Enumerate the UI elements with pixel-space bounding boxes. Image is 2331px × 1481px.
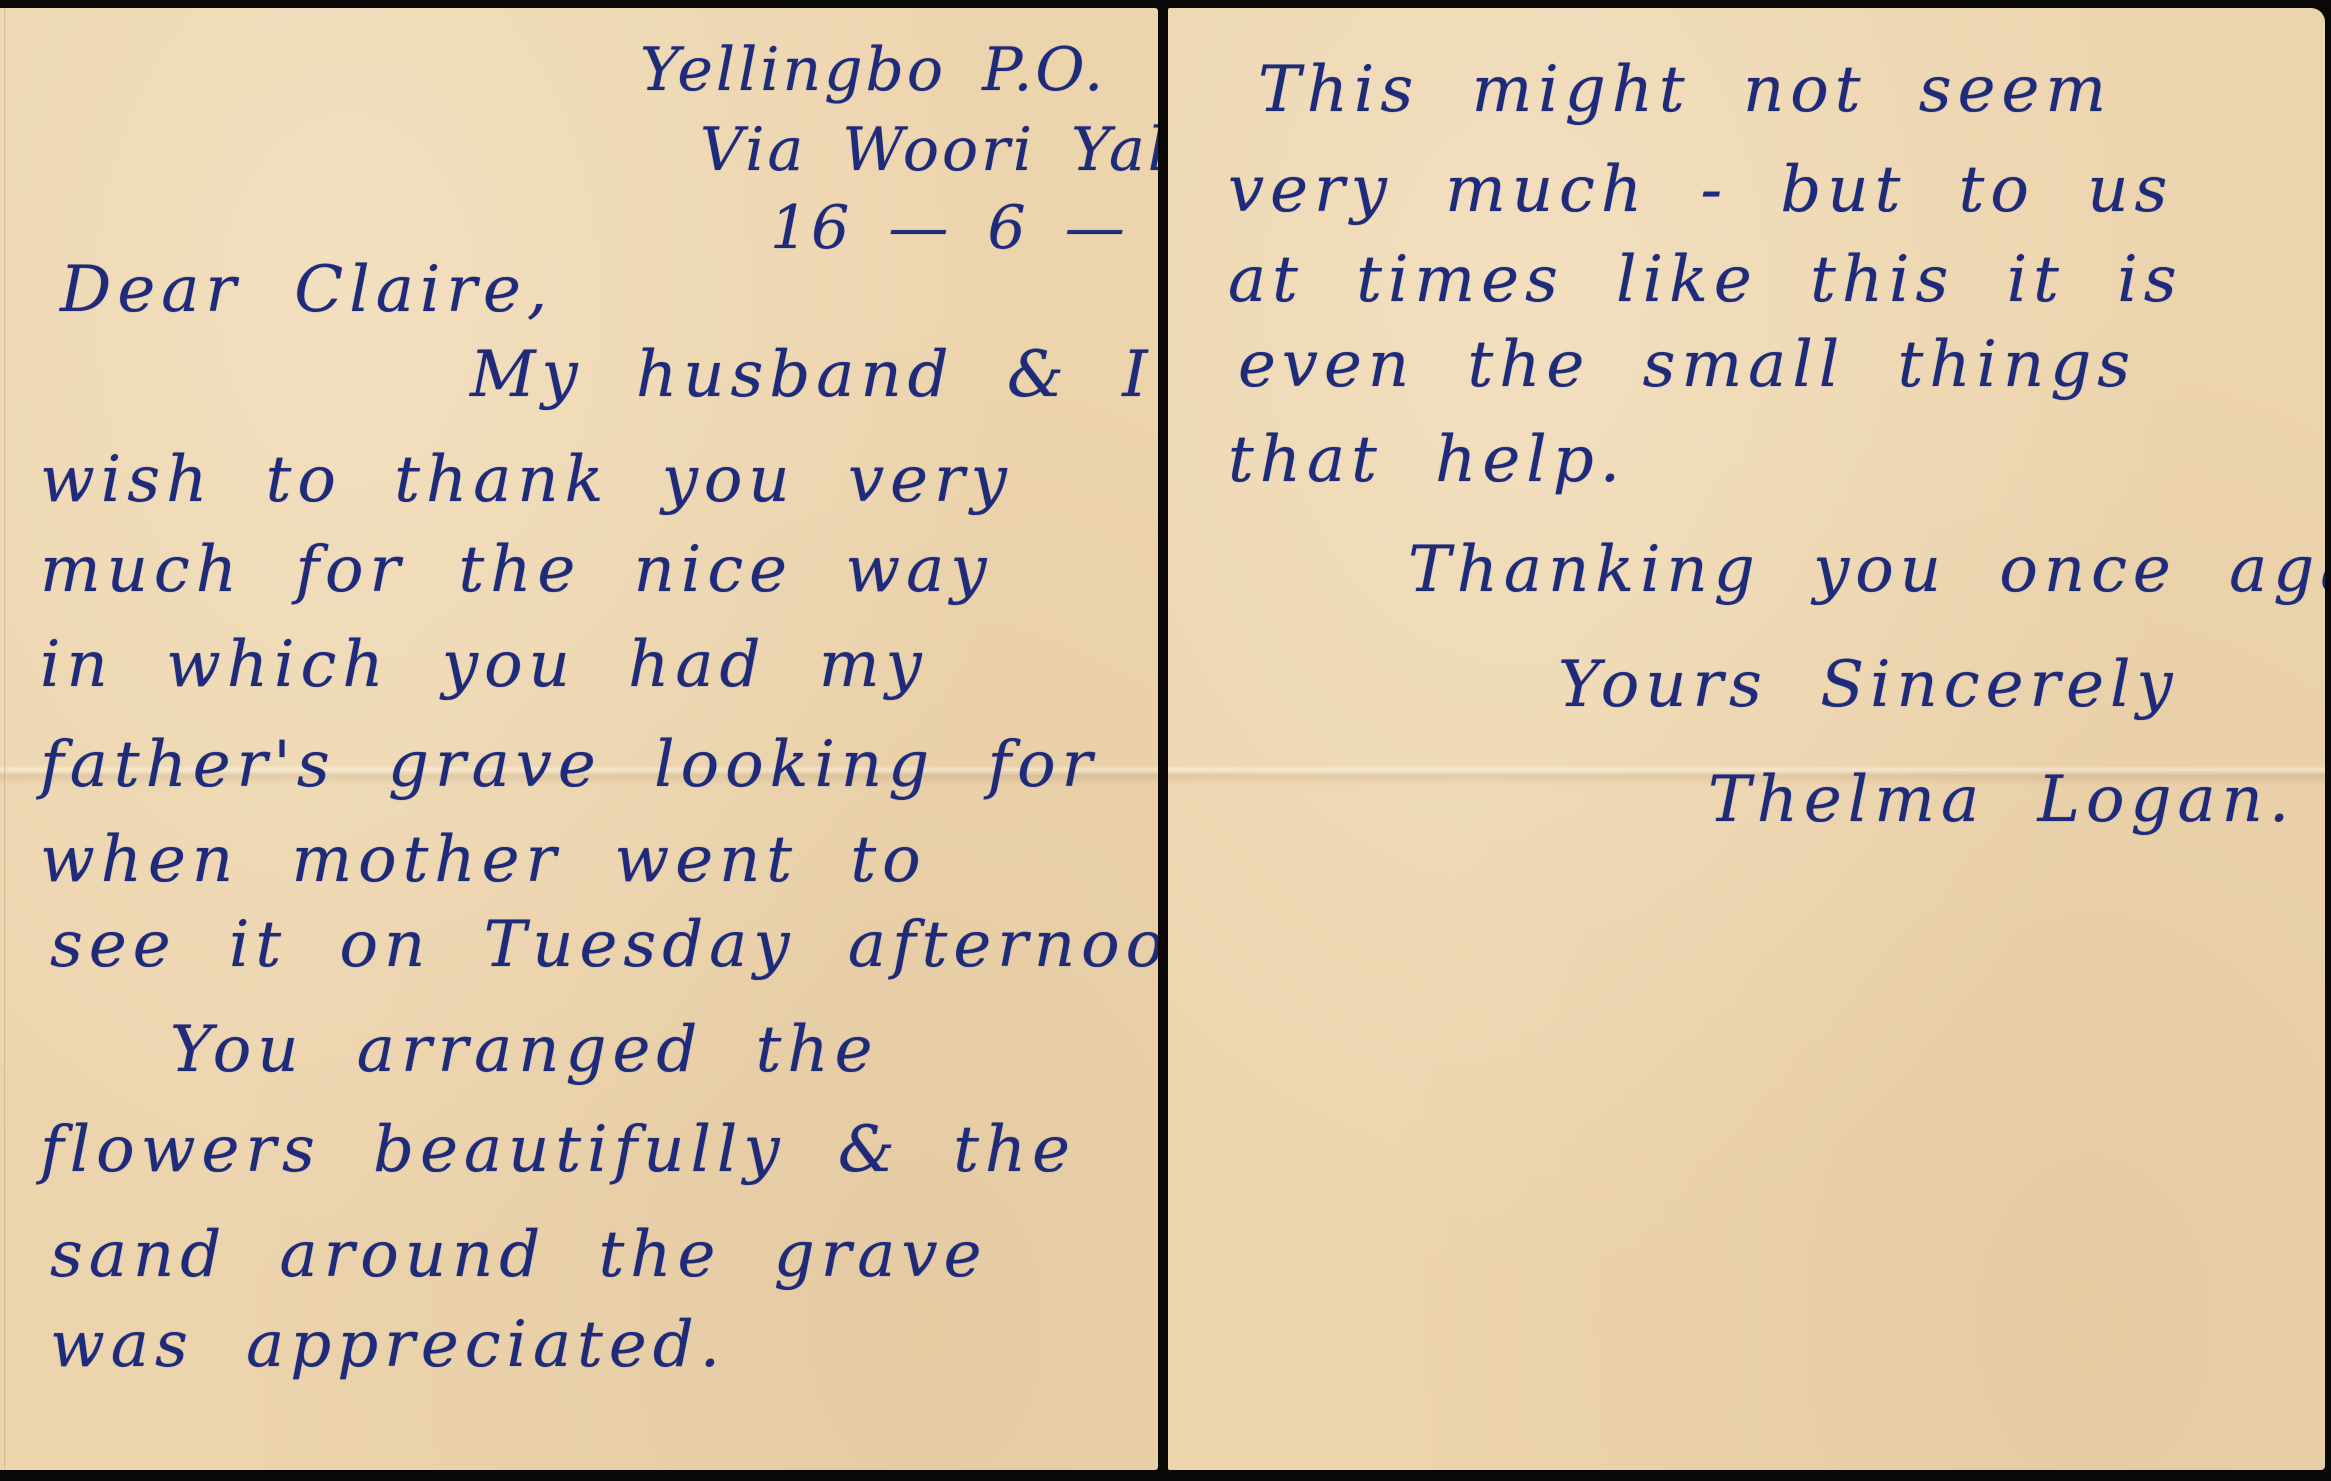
letter-page-right: This might not seem very much - but to u… bbox=[1168, 8, 2325, 1470]
body-line: even the small things bbox=[1238, 333, 2136, 397]
body-line: wish to thank you very bbox=[40, 448, 1013, 512]
body-line: flowers beautifully & the bbox=[40, 1118, 1076, 1182]
letter-page-left: Yellingbo P.O. Via Woori Yallock 16 — 6 … bbox=[0, 8, 1158, 1470]
body-line: at times like this it is bbox=[1228, 248, 2183, 312]
body-line: see it on Tuesday afternoon bbox=[50, 913, 1158, 977]
salutation: Dear Claire, bbox=[60, 258, 553, 322]
body-line: was appreciated. bbox=[50, 1313, 726, 1377]
address-line-2: Via Woori Yallock bbox=[700, 120, 1158, 180]
closing-line: Yours Sincerely bbox=[1558, 653, 2179, 717]
signature: Thelma Logan. bbox=[1708, 768, 2295, 832]
body-line: My husband & I bbox=[470, 343, 1154, 407]
body-line: when mother went to bbox=[40, 828, 927, 892]
body-line: that help. bbox=[1228, 428, 1626, 492]
body-line: in which you had my bbox=[40, 633, 928, 697]
body-line: This might not seem bbox=[1258, 58, 2112, 122]
closing-line: Thanking you once again bbox=[1408, 538, 2325, 602]
address-line-1: Yellingbo P.O. bbox=[640, 40, 1106, 100]
body-line: father's grave looking for bbox=[40, 733, 1098, 797]
letter-date: 16 — 6 — 52. bbox=[770, 198, 1158, 258]
body-line: sand around the grave bbox=[50, 1223, 987, 1287]
body-line: You arranged the bbox=[170, 1018, 878, 1082]
body-line: very much - but to us bbox=[1228, 158, 2173, 222]
body-line: much for the nice way bbox=[40, 538, 992, 602]
